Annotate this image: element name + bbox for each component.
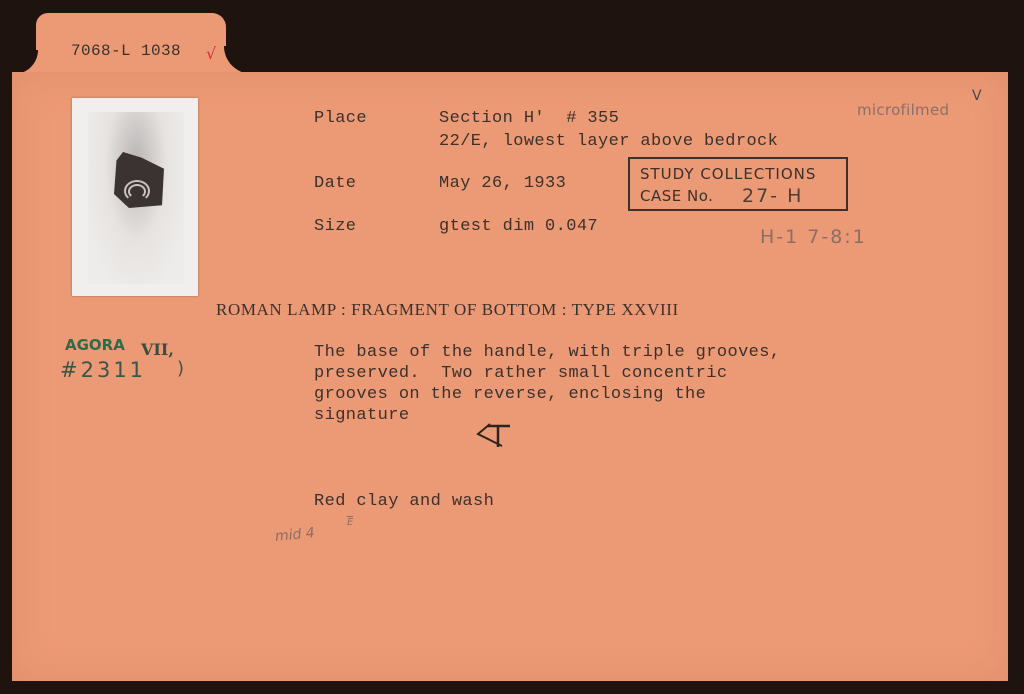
date-value: May 26, 1933	[439, 174, 566, 193]
size-label: Size	[314, 217, 356, 236]
pencil-note-ref: H-1 7-8:1	[760, 226, 867, 248]
photo-background	[88, 112, 184, 284]
pencil-note-superscript: E	[347, 516, 353, 528]
object-title: ROMAN LAMP : FRAGMENT OF BOTTOM : TYPE X…	[216, 300, 679, 320]
corner-check-mark-icon: V	[972, 88, 982, 104]
stamp-case-number: 27- H	[742, 185, 803, 207]
tab-shoulder-right	[224, 46, 254, 74]
place-value-line1: Section H' # 355	[439, 109, 619, 128]
agora-number: #2311	[60, 358, 146, 382]
description-line-1: The base of the handle, with triple groo…	[314, 343, 780, 362]
size-value: gtest dim 0.047	[439, 217, 598, 236]
material: Red clay and wash	[314, 492, 494, 511]
microfilmed-stamp: microfilmed	[857, 101, 949, 119]
description-line-4: signature	[314, 406, 409, 425]
study-collections-stamp: STUDY COLLECTIONS CASE No. 27- H	[628, 157, 848, 211]
agora-paren: )	[177, 358, 184, 379]
signature-glyph-icon	[476, 420, 512, 450]
date-label: Date	[314, 174, 356, 193]
description-line-3: grooves on the reverse, enclosing the	[314, 385, 706, 404]
place-value-line2: 22/E, lowest layer above bedrock	[439, 132, 778, 151]
stamp-case-label: CASE No.	[640, 187, 713, 205]
tab-shoulder-left	[12, 50, 38, 74]
catalog-number: 7068-L 1038	[71, 42, 181, 60]
red-check-mark-icon: √	[206, 44, 216, 63]
description-line-2: preserved. Two rather small concentric	[314, 364, 727, 383]
groove-ring-icon	[128, 184, 146, 199]
place-label: Place	[314, 109, 367, 128]
agora-stamp: AGORA	[65, 336, 125, 354]
artifact-photo	[72, 98, 198, 296]
agora-volume: VII,	[141, 340, 174, 359]
stamp-line1: STUDY COLLECTIONS	[640, 165, 816, 183]
